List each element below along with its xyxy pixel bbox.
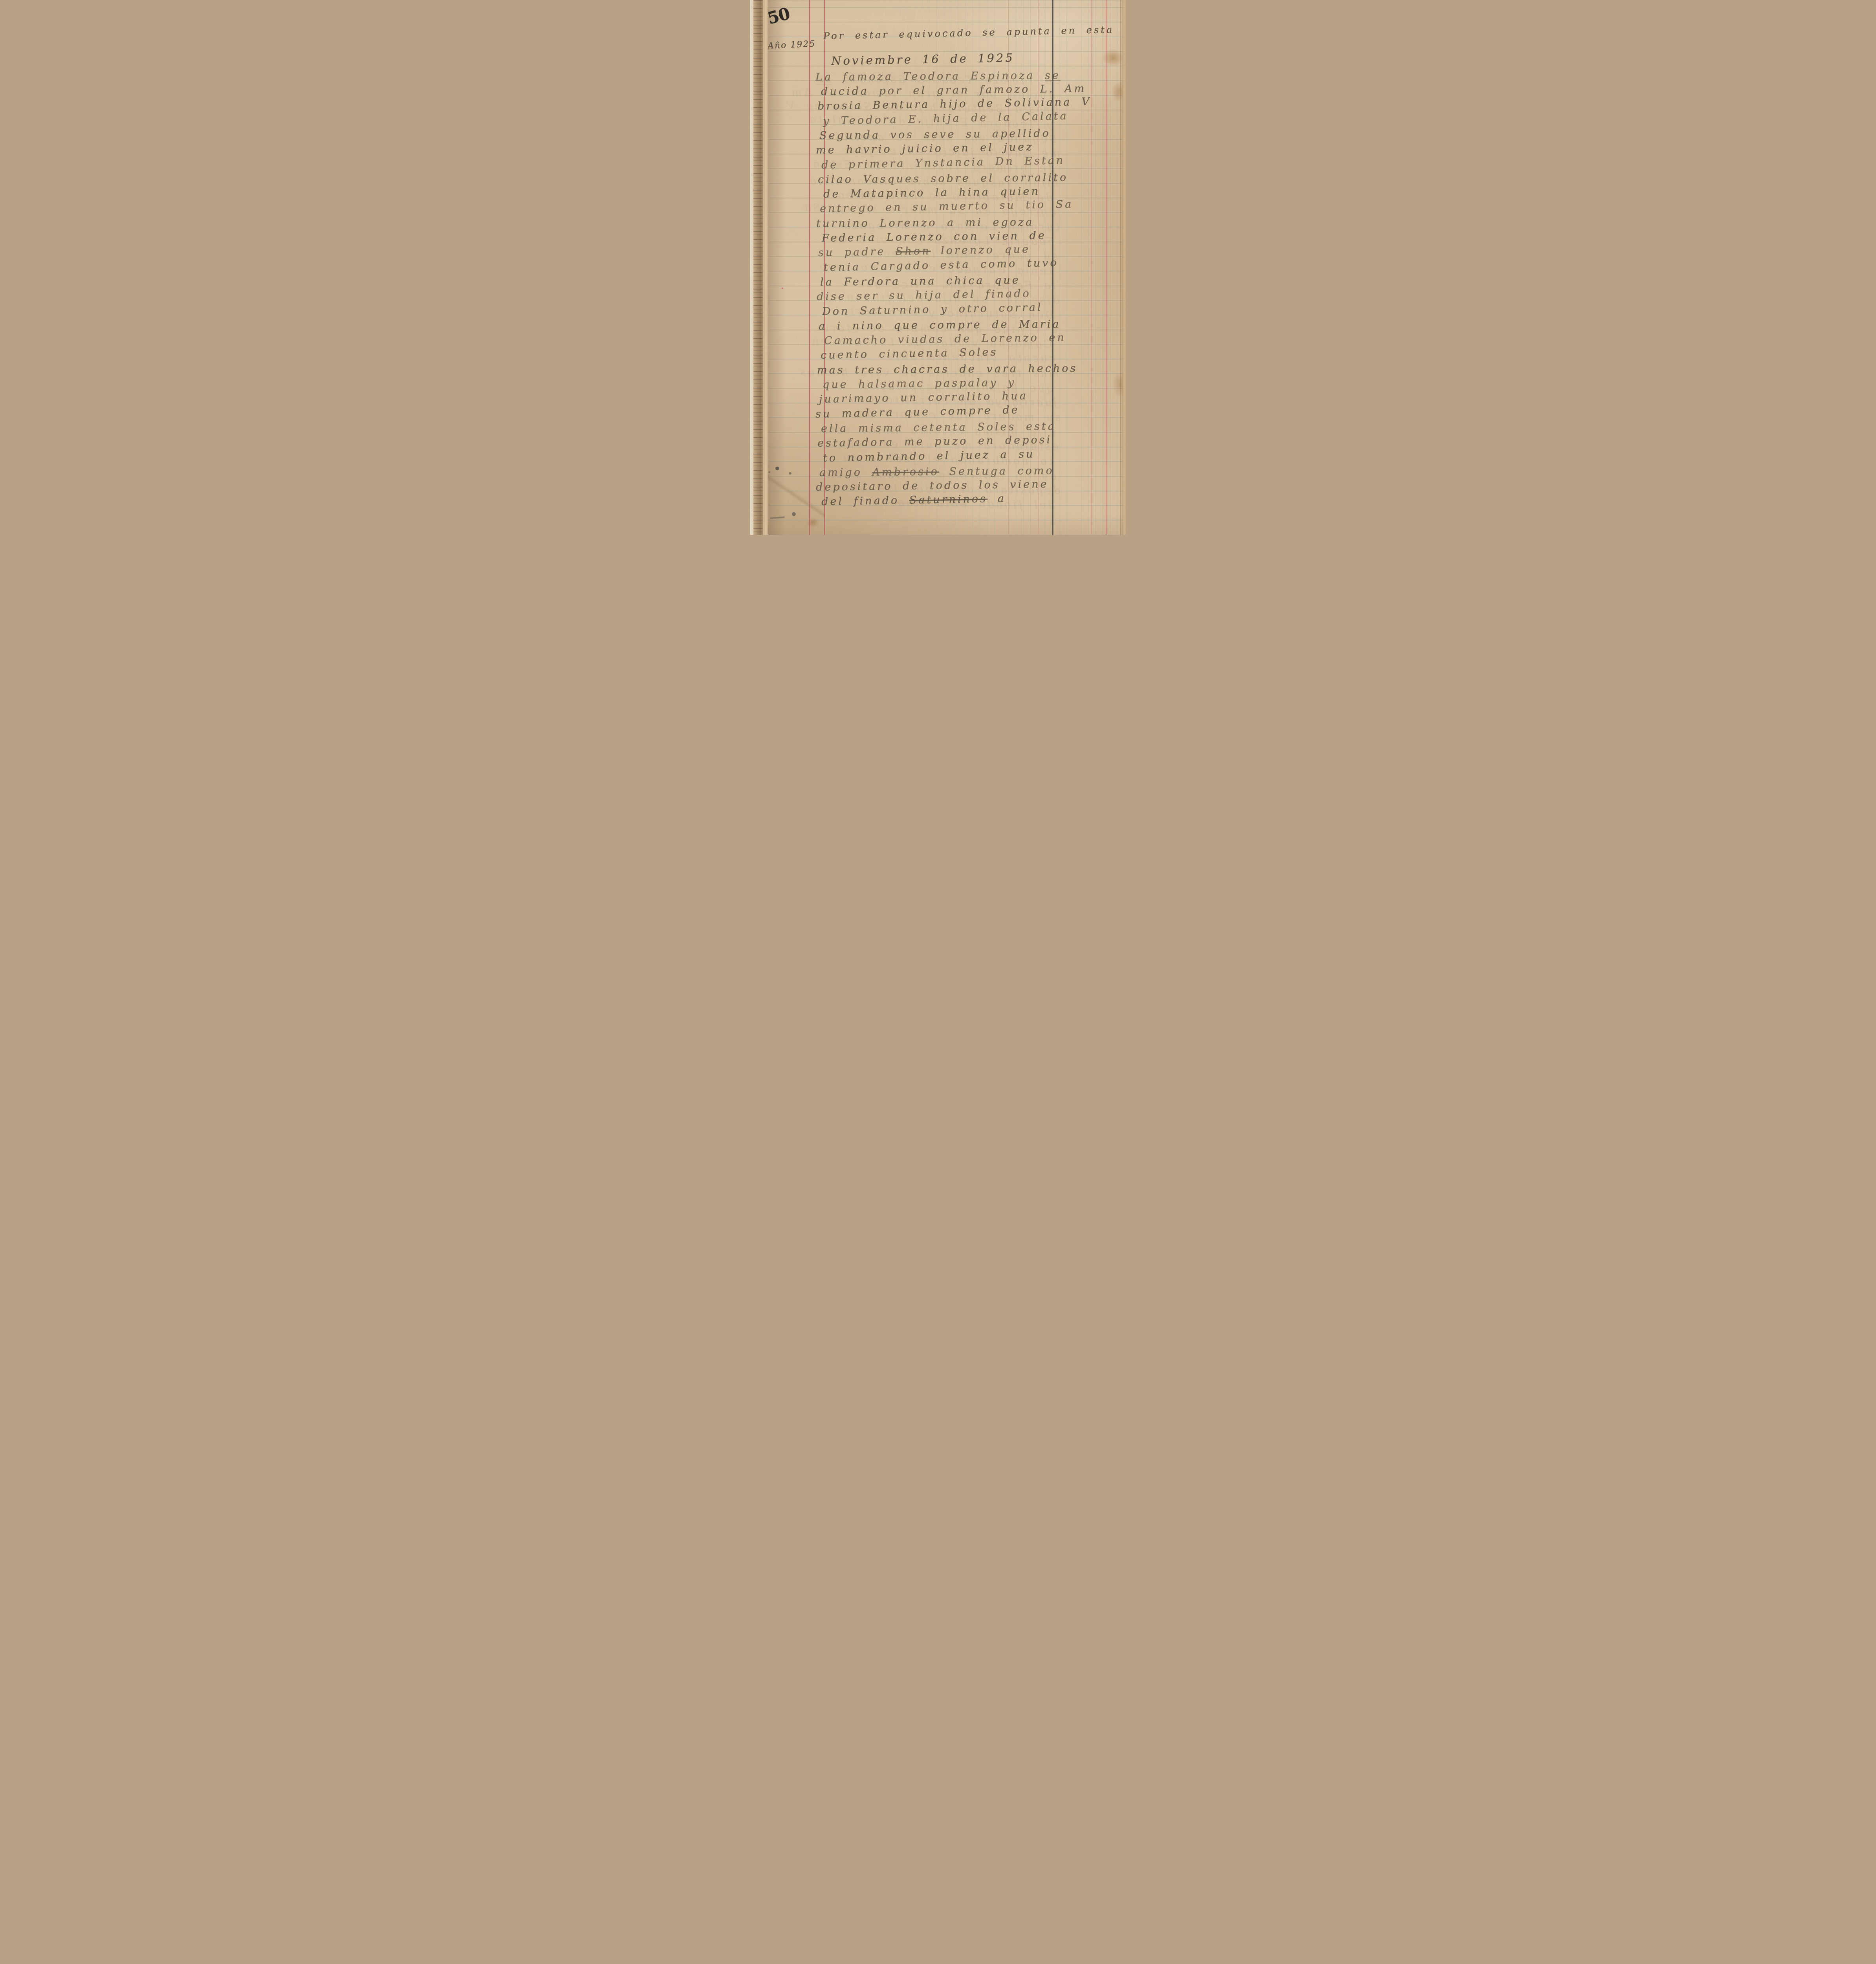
manuscript-line: cuento cincuenta Soles [821, 345, 998, 363]
page-gutter-creases [762, 0, 768, 535]
margin-year-note: Año 1925 [768, 39, 816, 51]
ink-blot [792, 512, 796, 516]
ink-blot [775, 467, 779, 470]
ink-blot [768, 471, 770, 473]
manuscript-line: turnino Lorenzo a mi egoza [816, 215, 1034, 231]
manuscript-line: mas tres chacras de vara hechos [817, 361, 1078, 377]
binding-edge [753, 0, 762, 535]
scan-left-edge [750, 0, 753, 535]
manuscript-line: del finado Saturninos a [821, 491, 1006, 509]
right-fold-line [1120, 0, 1121, 535]
manuscript-line: depositaro de todos los viene [816, 477, 1049, 495]
ink-blot [789, 472, 791, 475]
manuscript-lines: La famoza Teodora Espinoza seducida por … [821, 0, 1119, 535]
page-right-edge [1121, 0, 1126, 535]
ledger-page-scan: La famoza Teodora Espinoza seducida por … [750, 0, 1126, 535]
